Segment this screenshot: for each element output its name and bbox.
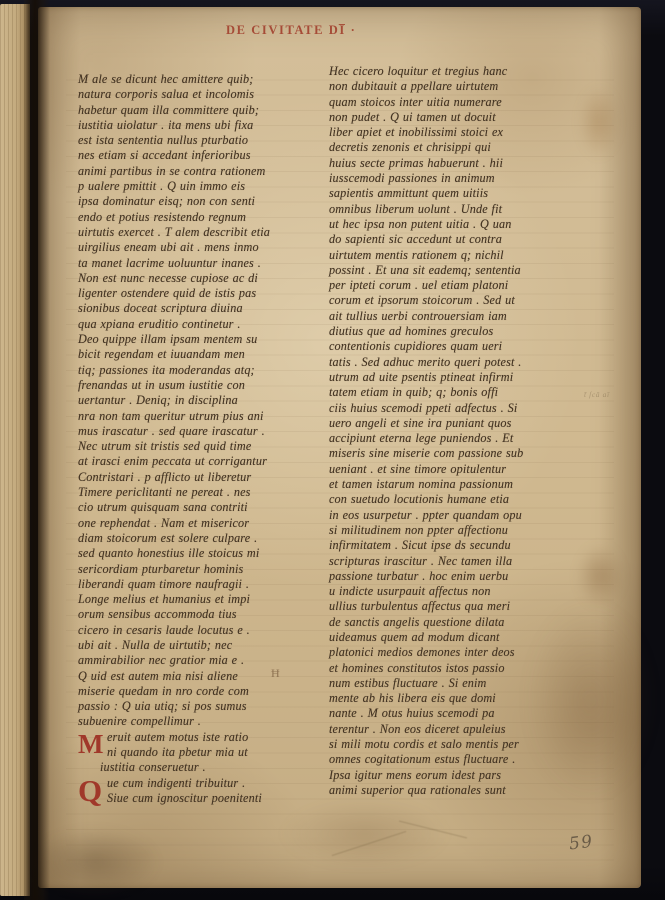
manuscript-line: bicit regendam et iuuandam men (78, 347, 322, 362)
manuscript-line: non pudet . Q ui tamen ut docuit (329, 110, 589, 125)
manuscript-line: M ale se dicunt hec amittere quib; (78, 72, 322, 87)
manuscript-line: scripturas irascitur . Nec tamen illa (329, 554, 589, 569)
text-column-right: Hec cicero loquitur et tregius hancnon d… (329, 64, 589, 798)
rubricated-initial-m: M (78, 731, 104, 758)
gutter-nota-mark: Ħ (271, 666, 280, 681)
manuscript-line: in eos usurpetur . ppter quandam opu (329, 508, 589, 523)
left-column-lines: M ale se dicunt hec amittere quib;natura… (78, 72, 322, 730)
manuscript-line: uirtutem mentis rationem q; nichil (329, 248, 589, 263)
manuscript-line: qua xpiana eruditio continetur . (78, 317, 322, 332)
manuscript-line: Longe melius et humanius et impi (78, 592, 322, 607)
manuscript-line: con suetudo locutionis humane etia (329, 492, 589, 507)
manuscript-line: uideamus quem ad modum dicant (329, 630, 589, 645)
gutter-shadow (24, 0, 50, 900)
manuscript-line: ubi ait . Nulla de uirtutib; nec (78, 638, 322, 653)
manuscript-line: si mili motu cordis et salo mentis per (329, 737, 589, 752)
manuscript-line: Deo quippe illam ipsam mentem su (78, 332, 322, 347)
manuscript-line: per ipteti corum . uel etiam platoni (329, 278, 589, 293)
manuscript-line: sericordiam pturbaretur hominis (78, 562, 322, 577)
manuscript-line: subuenire compellimur . (78, 714, 322, 729)
manuscript-line: miseris sine miserie com passione sub (329, 446, 589, 461)
manuscript-line: one rephendat . Nam et misericor (78, 516, 322, 531)
manuscript-line: est ista sententia nullus pturbatio (78, 133, 322, 148)
manuscript-line: sapientis ammittunt quem uitiis (329, 186, 589, 201)
manuscript-line: diam stoicorum est solere culpare . (78, 531, 322, 546)
manuscript-line: accipiunt eterna lege puniendos . Et (329, 431, 589, 446)
manuscript-line: ullius turbulentus affectus qua meri (329, 599, 589, 614)
running-title: DE CIVITATE DI̅ · (226, 23, 426, 38)
manuscript-line: Hec cicero loquitur et tregius hanc (329, 64, 589, 79)
manuscript-line: sionibus doceat scriptura diuina (78, 301, 322, 316)
manuscript-line: tatis . Sed adhuc merito queri potest . (329, 355, 589, 370)
manuscript-line: passio : Q uia utiq; si pos sumus (78, 699, 322, 714)
manuscript-line: possint . Et una sit eademq; sententia (329, 263, 589, 278)
manuscript-photo: DE CIVITATE DI̅ · M ale se dicunt hec am… (0, 0, 665, 900)
paragraph-with-initial-q: Q ue cum indigenti tribuitur . Siue cum … (78, 776, 322, 807)
manuscript-line: diutius que ad homines greculos (329, 324, 589, 339)
manuscript-line: non dubitauit a ppellare uirtutem (329, 79, 589, 94)
manuscript-line: passione turbatur . hoc enim uerbu (329, 569, 589, 584)
manuscript-line: ue cum indigenti tribuitur . (107, 776, 322, 791)
text-column-left: M ale se dicunt hec amittere quib;natura… (78, 72, 322, 806)
manuscript-line: platonici medios demones inter deos (329, 645, 589, 660)
manuscript-line: mus irascatur . sed quare irascatur . (78, 424, 322, 439)
manuscript-line: liberandi quam timore naufragii . (78, 577, 322, 592)
manuscript-line: tatem etiam in quib; q; bonis offi (329, 385, 589, 400)
manuscript-line: decretis zenonis et chrisippi qui (329, 140, 589, 155)
manuscript-line: iustitia conseruetur . (78, 760, 322, 775)
manuscript-line: et homines constitutos istos passio (329, 661, 589, 676)
manuscript-line: Timere periclitanti ne pereat . nes (78, 485, 322, 500)
manuscript-line: uirtutis exercet . T alem describit etia (78, 225, 322, 240)
manuscript-line: terentur . Non eos diceret apuleius (329, 722, 589, 737)
manuscript-line: ut hec ipsa non putent uitia . Q uan (329, 217, 589, 232)
manuscript-line: Contristari . p afflicto ut liberetur (78, 470, 322, 485)
manuscript-line: uertantur . Deniq; in disciplina (78, 393, 322, 408)
manuscript-line: huius secte primas habuerunt . hii (329, 156, 589, 171)
manuscript-line: de sanctis angelis questione dilata (329, 615, 589, 630)
manuscript-line: Siue cum ignoscitur poenitenti (107, 791, 322, 806)
manuscript-line: p ualere pmittit . Q uin immo eis (78, 179, 322, 194)
manuscript-line: utrum ad uite psentis ptineat infirmi (329, 370, 589, 385)
manuscript-line: num estibus fluctuare . Si enim (329, 676, 589, 691)
manuscript-line: ni quando ita pbetur mia ut (107, 745, 322, 760)
manuscript-line: infirmitatem . Sicut ipse ds secundu (329, 538, 589, 553)
manuscript-line: corum et ipsorum stoicorum . Sed ut (329, 293, 589, 308)
manuscript-line: quam stoicos inter uitia numerare (329, 95, 589, 110)
manuscript-line: endo et potius resistendo regnum (78, 210, 322, 225)
parchment-page: DE CIVITATE DI̅ · M ale se dicunt hec am… (38, 7, 641, 888)
manuscript-line: nra non tam queritur utrum pius ani (78, 409, 322, 424)
manuscript-line: do sapienti sic accedunt ut contra (329, 232, 589, 247)
manuscript-line: cio utrum quisquam sana contriti (78, 500, 322, 515)
manuscript-line: omnibus liberum uolunt . Unde fit (329, 202, 589, 217)
manuscript-line: uirgilius eneam ubi ait . mens inmo (78, 240, 322, 255)
manuscript-line: omnes cogitationum estus fluctuare . (329, 752, 589, 767)
manuscript-line: eruit autem motus iste ratio (107, 730, 322, 745)
manuscript-line: Ipsa igitur mens eorum idest pars (329, 768, 589, 783)
stain (280, 799, 450, 869)
manuscript-line: si militudinem non ppter affectionu (329, 523, 589, 538)
manuscript-line: ligenter ostendere quid de istis pas (78, 286, 322, 301)
manuscript-line: at irasci enim peccata ut corrigantur (78, 454, 322, 469)
manuscript-line: ammirabilior nec gratior mia e . (78, 653, 322, 668)
manuscript-line: orum sensibus accommoda tius (78, 607, 322, 622)
manuscript-line: ciis huius scemodi ppeti adfectus . Si (329, 401, 589, 416)
manuscript-line: liber apiet et inobilissimi stoici ex (329, 125, 589, 140)
manuscript-line: nante . M otus huius scemodi pa (329, 706, 589, 721)
marginal-note: t̄ ſcā aī (584, 390, 610, 399)
manuscript-line: contentionis cupidiores quam ueri (329, 339, 589, 354)
manuscript-line: animi partibus in se contra rationem (78, 164, 322, 179)
manuscript-line: uero angeli et sine ira puniant quos (329, 416, 589, 431)
manuscript-line: frenandas ut in usum iustitie con (78, 378, 322, 393)
manuscript-line: mente ab his libera eis que domi (329, 691, 589, 706)
manuscript-line: natura corporis salua et incolomis (78, 87, 322, 102)
manuscript-line: ueniant . et sine timore opitulentur (329, 462, 589, 477)
manuscript-line: Nec utrum sit tristis sed quid time (78, 439, 322, 454)
rubricated-initial-q: Q (78, 775, 102, 806)
manuscript-line: animi superior qua rationales sunt (329, 783, 589, 798)
manuscript-line: ta manet lacrime uoluuntur inanes . (78, 256, 322, 271)
manuscript-line: sed quanto honestius ille stoicus mi (78, 546, 322, 561)
manuscript-line: ait tullius uerbi controuersiam iam (329, 309, 589, 324)
manuscript-line: et tamen istarum nomina passionum (329, 477, 589, 492)
manuscript-line: miserie quedam in nro corde com (78, 684, 322, 699)
manuscript-line: u indicte usurpauit affectus non (329, 584, 589, 599)
manuscript-line: iusscemodi passiones in animum (329, 171, 589, 186)
manuscript-line: Q uid est autem mia nisi aliene (78, 669, 322, 684)
manuscript-line: nes etiam si accedant inferioribus (78, 148, 322, 163)
manuscript-line: habetur quam illa committere quib; (78, 103, 322, 118)
page-number: 59 (568, 832, 595, 855)
manuscript-line: ipsa dominatur eisq; non con senti (78, 194, 322, 209)
manuscript-line: Non est nunc necesse cupiose ac di (78, 271, 322, 286)
paragraph-with-initial-m: M eruit autem motus iste ratio ni quando… (78, 730, 322, 761)
manuscript-line: iustitia uiolatur . ita mens ubi fixa (78, 118, 322, 133)
manuscript-line: tiq; passiones ita moderandas atq; (78, 363, 322, 378)
right-column-lines: Hec cicero loquitur et tregius hancnon d… (329, 64, 589, 798)
manuscript-line: cicero in cesaris laude locutus e . (78, 623, 322, 638)
